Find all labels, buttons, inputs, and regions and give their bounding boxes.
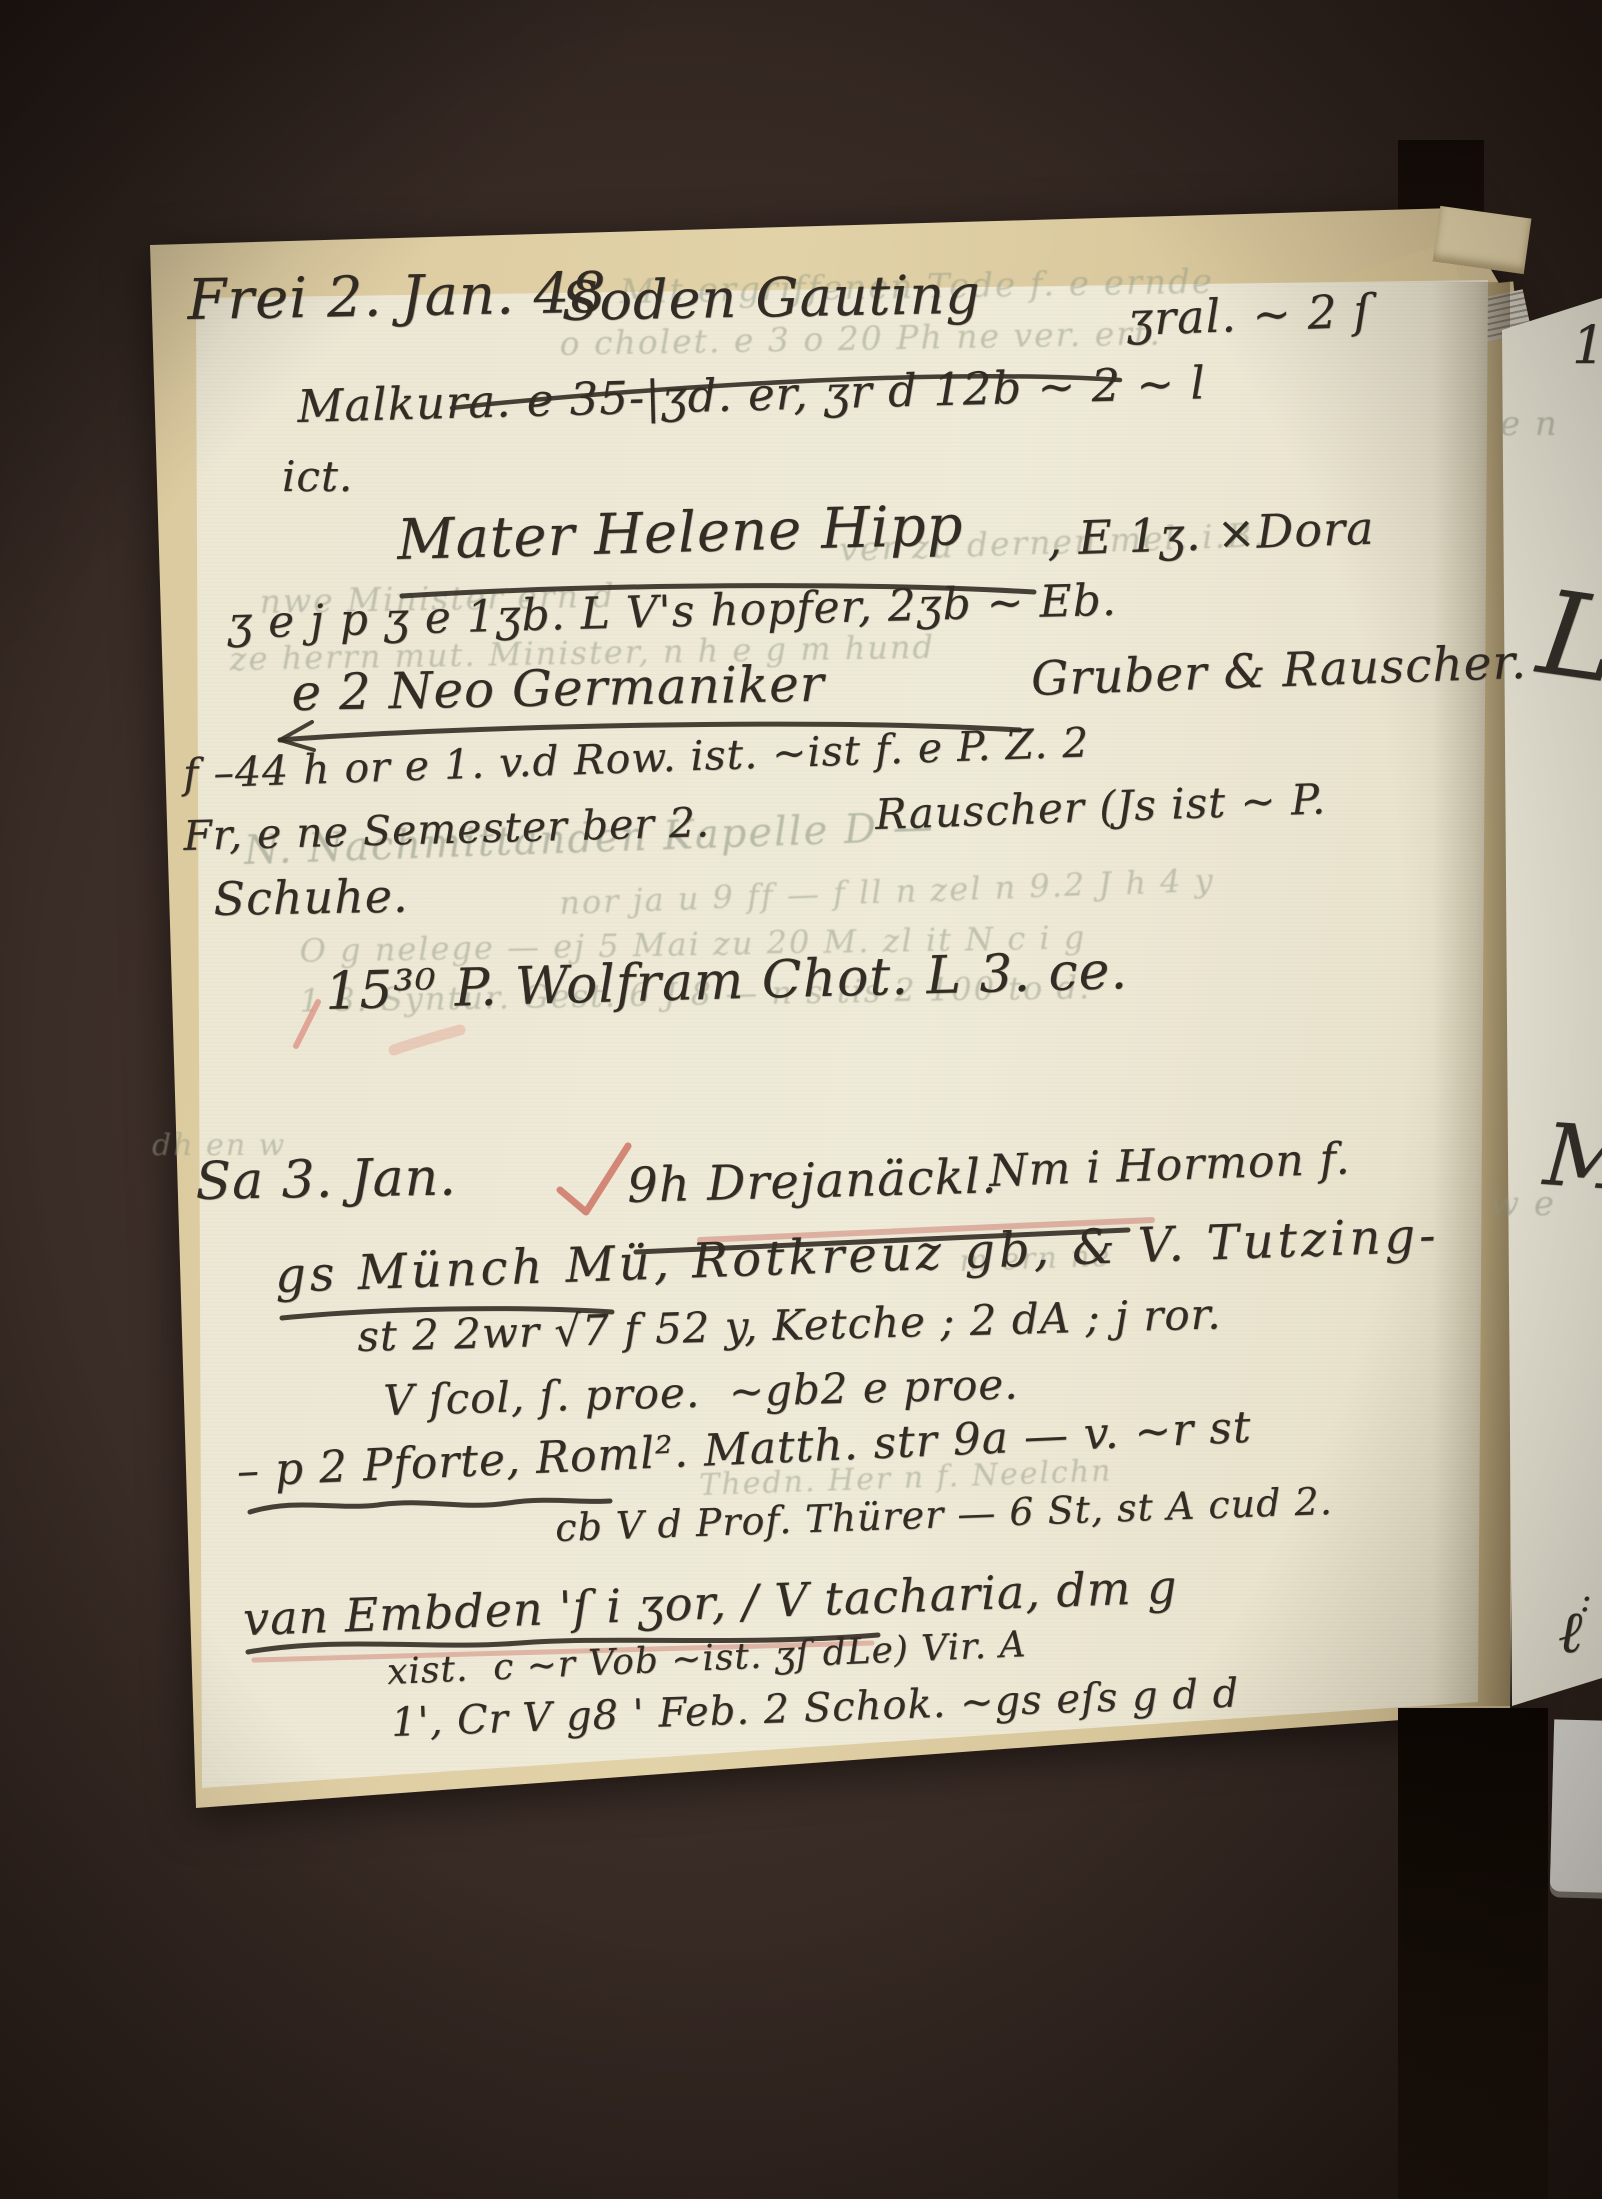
handwriting-line-soden-gauting: Soden Gauting [561,263,981,333]
handwriting-line-date: Frei 2. Jan. 48 [187,261,608,333]
handwriting-line-drejanaeckl: 9h Drejanäckl. [627,1148,998,1214]
handwriting-line: ict. [282,452,353,501]
handwriting-line-schuhe: Schuhe. [213,869,409,926]
paper-slip-corner [1550,1719,1602,1892]
adjacent-page-text-fragment: 1 [1572,316,1602,376]
handwriting-line: , E 1ʒ. ×Dora [1046,501,1375,566]
handwriting-line: ʒral. ~ 2 ſ [1126,284,1372,346]
gutter-shadow [1432,282,1510,1706]
bleed-through-text: e n [1500,404,1559,444]
spine-shadow-strip [1398,1708,1548,2199]
adjacent-page-text-fragment: ℓ [1558,1598,1582,1666]
photograph-of-diary: Mit ergriffenen Tede f. e ernde o cholet… [0,0,1602,2199]
handwriting-line-date-sa-3-jan: Sa 3. Jan. [195,1147,457,1212]
adjacent-page-text-fragment: M [1541,1105,1602,1211]
handwriting-line-neo-germaniker: e 2 Neo Germaniker [291,655,825,722]
